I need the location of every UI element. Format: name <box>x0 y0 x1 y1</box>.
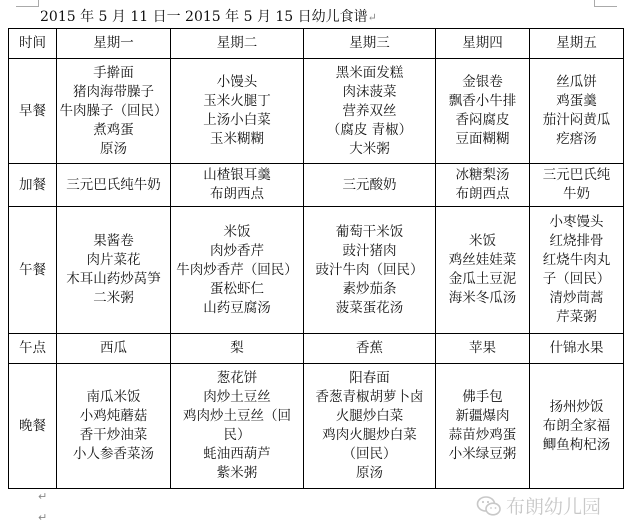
menu-cell: 米饭鸡丝娃娃菜金瓜土豆泥海米冬瓜汤 <box>436 207 530 334</box>
menu-item: 南瓜米饭 <box>59 388 168 407</box>
menu-item: 鸡肉火腿炒白菜 <box>306 426 433 445</box>
menu-item: 二米粥 <box>59 289 168 308</box>
menu-item: 小鸡炖蘑菇 <box>59 407 168 426</box>
table-header-row: 时间 星期一 星期二 星期三 星期四 星期五 <box>9 29 624 59</box>
menu-item: 布朗西点 <box>438 185 527 204</box>
menu-item: 香葱青椒胡萝卜卤 <box>306 388 433 407</box>
menu-cell: 冰糖梨汤布朗西点 <box>436 164 530 207</box>
menu-cell: 小枣馒头红烧排骨红烧牛肉丸子（回民）清炒茼蒿芹菜粥 <box>530 207 624 334</box>
menu-item: 香干炒油菜 <box>59 426 168 445</box>
header-cell-thursday: 星期四 <box>436 29 530 59</box>
menu-item: 香闷腐皮 <box>438 111 527 130</box>
document-title: 2015 年 5 月 11 日一 2015 年 5 月 15 日幼儿食谱↵ <box>40 6 377 26</box>
page-corner-mark-left <box>16 0 39 7</box>
menu-cell: 梨 <box>171 334 304 364</box>
document-title-text: 2015 年 5 月 11 日一 2015 年 5 月 15 日幼儿食谱 <box>40 9 368 25</box>
menu-cell: 手擀面猪肉海带臊子牛肉臊子（回民）煮鸡蛋原汤 <box>57 59 171 164</box>
menu-item: 疙瘩汤 <box>532 130 621 149</box>
menu-item: 豉汁牛肉（回民） <box>306 261 433 280</box>
menu-item: 黑米面发糕 <box>306 64 433 83</box>
menu-item: 梨 <box>173 339 301 358</box>
table-row-afternoon-snack: 午点 西瓜 梨 香蕉 苹果 什锦水果 <box>9 334 624 364</box>
menu-item: 芹菜粥 <box>532 308 621 327</box>
watermark: 布朗幼儿园 <box>476 492 601 519</box>
menu-item: 小米绿豆粥 <box>438 445 527 464</box>
menu-item: 三元巴氏纯 <box>532 166 621 185</box>
menu-cell: 果酱卷肉片菜花木耳山药炒莴笋二米粥 <box>57 207 171 334</box>
menu-cell: 阳春面香葱青椒胡萝卜卤火腿炒白菜鸡肉火腿炒白菜（回民）原汤 <box>304 364 436 489</box>
menu-item: 大米粥 <box>306 140 433 159</box>
menu-item: 葱花饼 <box>173 369 301 388</box>
menu-cell: 金银卷飘香小牛排香闷腐皮豆面糊糊 <box>436 59 530 164</box>
menu-item: 茄汁闷黄瓜 <box>532 111 621 130</box>
menu-item: 上汤小白菜 <box>173 111 301 130</box>
menu-item: 三元酸奶 <box>306 176 433 195</box>
paragraph-mark-icon: ↵ <box>38 490 47 503</box>
table-row-breakfast: 早餐 手擀面猪肉海带臊子牛肉臊子（回民）煮鸡蛋原汤 小馒头玉米火腿丁上汤小白菜玉… <box>9 59 624 164</box>
menu-item: 子（回民） <box>532 270 621 289</box>
paragraph-mark-icon: ↵ <box>368 11 377 24</box>
menu-item: 紫米粥 <box>173 464 301 483</box>
menu-item: 米饭 <box>438 232 527 251</box>
menu-item: 原汤 <box>306 464 433 483</box>
menu-item: 玉米火腿丁 <box>173 92 301 111</box>
menu-item: 海米冬瓜汤 <box>438 289 527 308</box>
menu-item: 山楂银耳羹 <box>173 166 301 185</box>
menu-item: 豆面糊糊 <box>438 130 527 149</box>
menu-item: 肉炒土豆丝 <box>173 388 301 407</box>
menu-item: 新疆爆肉 <box>438 407 527 426</box>
menu-cell: 扬州炒饭布朗全家福鲫鱼枸杞汤 <box>530 364 624 489</box>
meal-plan-table: 时间 星期一 星期二 星期三 星期四 星期五 早餐 手擀面猪肉海带臊子牛肉臊子（… <box>8 28 624 489</box>
menu-item: 鸡肉炒土豆丝（回 <box>173 407 301 426</box>
menu-item: 小枣馒头 <box>532 213 621 232</box>
menu-item: 什锦水果 <box>532 339 621 358</box>
menu-item: 丝瓜饼 <box>532 73 621 92</box>
menu-cell: 苹果 <box>436 334 530 364</box>
menu-item: 火腿炒白菜 <box>306 407 433 426</box>
menu-item: 布朗全家福 <box>532 417 621 436</box>
menu-cell: 三元巴氏纯牛奶 <box>57 164 171 207</box>
menu-item: 红烧牛肉丸 <box>532 251 621 270</box>
meal-label: 加餐 <box>9 164 57 207</box>
menu-item: 苹果 <box>438 339 527 358</box>
menu-item: 金瓜土豆泥 <box>438 270 527 289</box>
header-cell-wednesday: 星期三 <box>304 29 436 59</box>
menu-cell: 佛手包新疆爆肉蒜苗炒鸡蛋小米绿豆粥 <box>436 364 530 489</box>
menu-item: 素炒茄条 <box>306 280 433 299</box>
menu-cell: 西瓜 <box>57 334 171 364</box>
menu-cell: 葡萄干米饭豉汁猪肉豉汁牛肉（回民）素炒茄条菠菜蛋花汤 <box>304 207 436 334</box>
menu-item: 猪肉海带臊子 <box>59 83 168 102</box>
header-cell-friday: 星期五 <box>530 29 624 59</box>
meal-label: 午餐 <box>9 207 57 334</box>
menu-item: 牛肉臊子（回民） <box>59 102 168 121</box>
menu-item: （回民） <box>306 445 433 464</box>
menu-item: 葡萄干米饭 <box>306 223 433 242</box>
menu-item: 鲫鱼枸杞汤 <box>532 436 621 455</box>
menu-item: 果酱卷 <box>59 232 168 251</box>
menu-item: 红烧排骨 <box>532 232 621 251</box>
meal-label: 晚餐 <box>9 364 57 489</box>
header-cell-time: 时间 <box>9 29 57 59</box>
menu-item: 牛肉炒香芹（回民） <box>173 261 301 280</box>
menu-cell: 南瓜米饭小鸡炖蘑菇香干炒油菜小人参香菜汤 <box>57 364 171 489</box>
menu-item: 原汤 <box>59 140 168 159</box>
menu-item: 豉汁猪肉 <box>306 242 433 261</box>
menu-item: 冰糖梨汤 <box>438 166 527 185</box>
menu-cell: 黑米面发糕肉沫菠菜营养双丝（腐皮 青椒）大米粥 <box>304 59 436 164</box>
menu-cell: 山楂银耳羹布朗西点 <box>171 164 304 207</box>
menu-item: 飘香小牛排 <box>438 92 527 111</box>
menu-item: 煮鸡蛋 <box>59 121 168 140</box>
meal-label: 早餐 <box>9 59 57 164</box>
menu-cell: 三元酸奶 <box>304 164 436 207</box>
menu-item: 小人参香菜汤 <box>59 445 168 464</box>
menu-item: 菠菜蛋花汤 <box>306 299 433 318</box>
menu-item: 清炒茼蒿 <box>532 289 621 308</box>
menu-item: 鸡丝娃娃菜 <box>438 251 527 270</box>
menu-cell: 什锦水果 <box>530 334 624 364</box>
menu-cell: 三元巴氏纯牛奶 <box>530 164 624 207</box>
menu-item: 玉米糊糊 <box>173 130 301 149</box>
menu-item: 佛手包 <box>438 388 527 407</box>
meal-label: 午点 <box>9 334 57 364</box>
menu-item: 木耳山药炒莴笋 <box>59 270 168 289</box>
menu-item: 蛋松虾仁 <box>173 280 301 299</box>
menu-cell: 米饭肉炒香芹牛肉炒香芹（回民）蛋松虾仁山药豆腐汤 <box>171 207 304 334</box>
menu-item: 三元巴氏纯牛奶 <box>59 176 168 195</box>
menu-item: 民） <box>173 426 301 445</box>
menu-item: 手擀面 <box>59 64 168 83</box>
wechat-icon <box>476 495 502 517</box>
menu-item: 肉片菜花 <box>59 251 168 270</box>
menu-item: 西瓜 <box>59 339 168 358</box>
page-corner-mark-right <box>594 0 617 7</box>
menu-item: 肉沫菠菜 <box>306 83 433 102</box>
menu-item: 扬州炒饭 <box>532 398 621 417</box>
table-row-dinner: 晚餐 南瓜米饭小鸡炖蘑菇香干炒油菜小人参香菜汤 葱花饼肉炒土豆丝鸡肉炒土豆丝（回… <box>9 364 624 489</box>
header-cell-tuesday: 星期二 <box>171 29 304 59</box>
menu-cell: 葱花饼肉炒土豆丝鸡肉炒土豆丝（回民）蚝油西葫芦紫米粥 <box>171 364 304 489</box>
watermark-text: 布朗幼儿园 <box>506 492 601 519</box>
menu-item: 牛奶 <box>532 185 621 204</box>
menu-item: （腐皮 青椒） <box>306 121 433 140</box>
menu-item: 布朗西点 <box>173 185 301 204</box>
menu-item: 米饭 <box>173 223 301 242</box>
menu-item: 阳春面 <box>306 369 433 388</box>
header-cell-monday: 星期一 <box>57 29 171 59</box>
menu-item: 蒜苗炒鸡蛋 <box>438 426 527 445</box>
menu-item: 蚝油西葫芦 <box>173 445 301 464</box>
menu-item: 小馒头 <box>173 73 301 92</box>
menu-cell: 香蕉 <box>304 334 436 364</box>
menu-cell: 小馒头玉米火腿丁上汤小白菜玉米糊糊 <box>171 59 304 164</box>
menu-cell: 丝瓜饼鸡蛋羹茄汁闷黄瓜疙瘩汤 <box>530 59 624 164</box>
menu-item: 营养双丝 <box>306 102 433 121</box>
menu-item: 鸡蛋羹 <box>532 92 621 111</box>
table-row-lunch: 午餐 果酱卷肉片菜花木耳山药炒莴笋二米粥 米饭肉炒香芹牛肉炒香芹（回民）蛋松虾仁… <box>9 207 624 334</box>
menu-item: 山药豆腐汤 <box>173 299 301 318</box>
menu-item: 肉炒香芹 <box>173 242 301 261</box>
menu-item: 金银卷 <box>438 73 527 92</box>
table-row-morning-snack: 加餐 三元巴氏纯牛奶 山楂银耳羹布朗西点 三元酸奶 冰糖梨汤布朗西点 三元巴氏纯… <box>9 164 624 207</box>
menu-item: 香蕉 <box>306 339 433 358</box>
paragraph-mark-icon: ↵ <box>38 511 47 524</box>
